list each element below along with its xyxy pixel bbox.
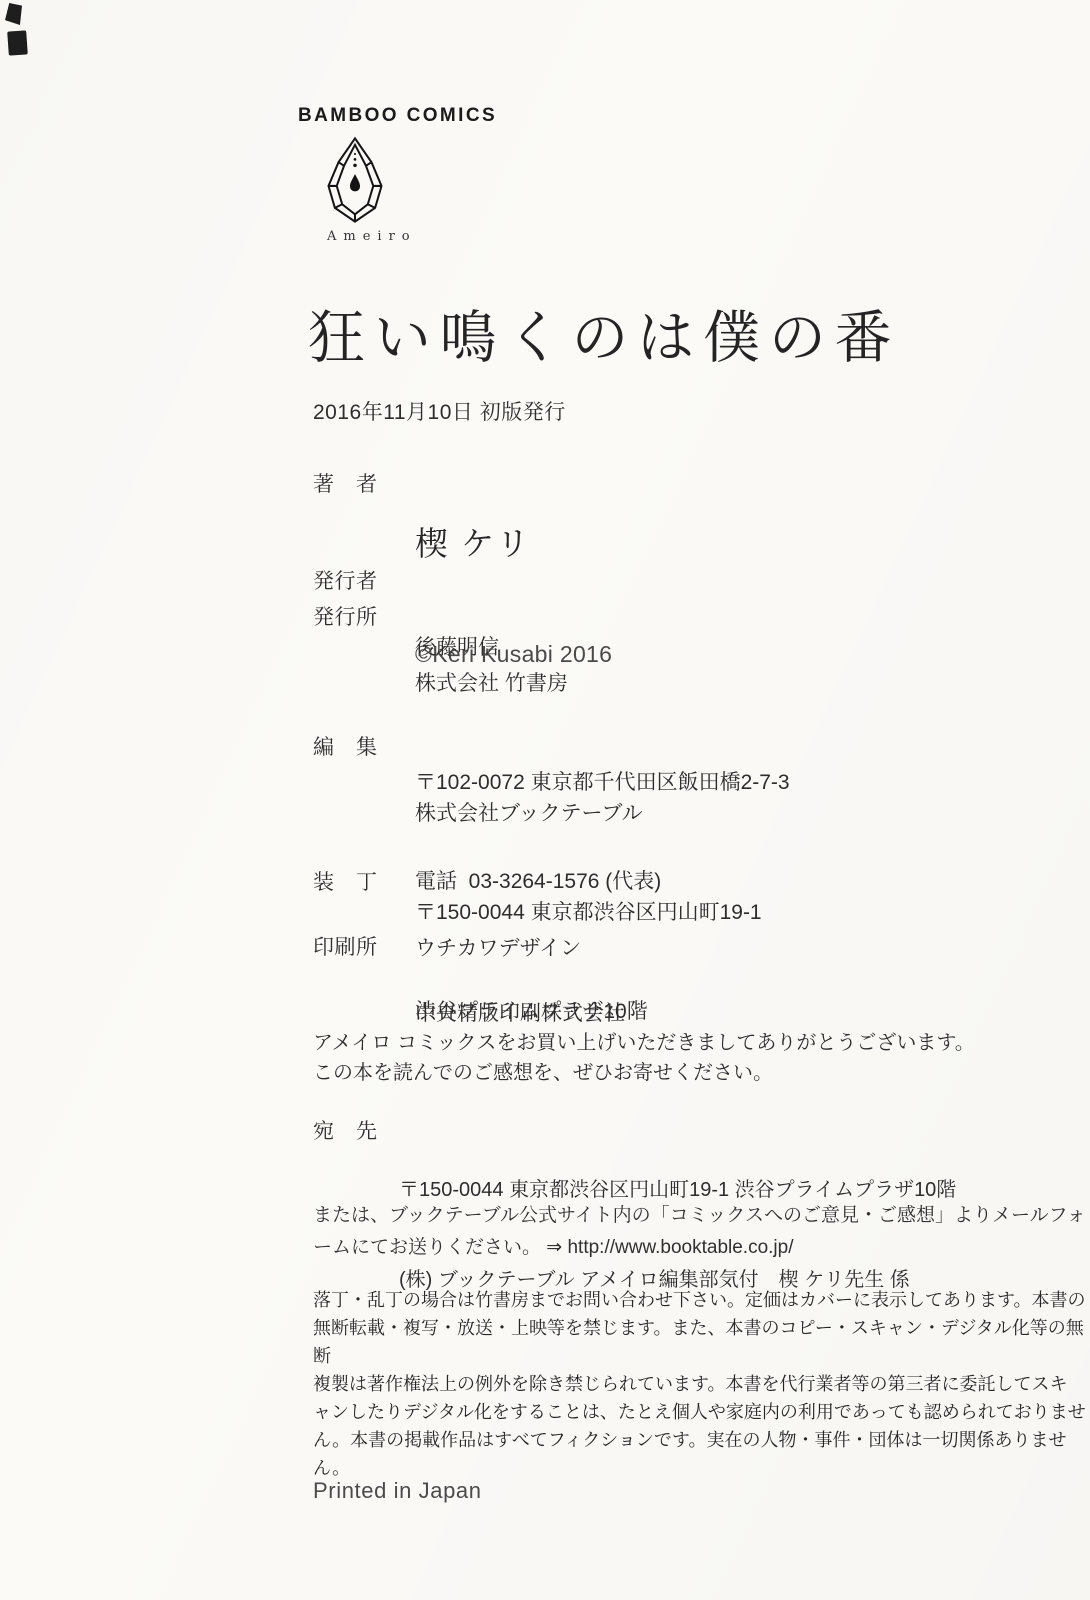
mail-form-line-1: または、ブックテーブル公式サイト内の「コミックスへのご意見・ご感想」よりメールフ… [313, 1200, 1086, 1232]
book-title: 狂い鳴くのは僕の番 [308, 292, 901, 374]
legal-line-3: 複製は著作権法上の例外を除き禁じられています。本書を代行業者等の第三者に委託して… [313, 1370, 1090, 1398]
mail-form-line-2: ームにてお送りください。 ⇒ http://www.booktable.co.j… [313, 1232, 1086, 1264]
legal-line-1: 落丁・乱丁の場合は竹書房までお問い合わせ下さい。定価はカバーに表示してあります。… [313, 1286, 1090, 1314]
ameiro-logo: Ameiro [323, 135, 387, 244]
edition-date: 2016年11月10日 初版発行 [313, 396, 566, 426]
reader-thanks-line-1: アメイロ コミックスをお買い上げいただきましてありがとうございます。 [313, 1028, 975, 1058]
gem-drop-icon [323, 135, 387, 225]
author-name: 楔 ケリ [415, 524, 612, 564]
printing-company: 中央精版印刷株式会社 [415, 997, 625, 1030]
ameiro-logo-text: Ameiro [327, 229, 387, 244]
reader-thanks-line-2: この本を読んでのご感想を、ぜひお寄せください。 [313, 1058, 975, 1088]
legal-line-2: 無断転載・複写・放送・上映等を禁じます。また、本書のコピー・スキャン・デジタル化… [313, 1314, 1090, 1370]
scan-ink-mark [5, 3, 22, 25]
scan-ink-mark [7, 30, 28, 55]
legal-line-4: ャンしたりデジタル化をすることは、たとえ個人や家庭内の利用であっても認められてお… [313, 1398, 1090, 1426]
legal-notice: 落丁・乱丁の場合は竹書房までお問い合わせ下さい。定価はカバーに表示してあります。… [313, 1286, 1090, 1482]
legal-line-5: ん。本書の掲載作品はすべてフィクションです。実在の人物・事件・団体は一切関係あり… [313, 1426, 1090, 1454]
bamboo-comics-brand: BAMBOO COMICS [298, 105, 497, 127]
reader-thanks-note: アメイロ コミックスをお買い上げいただきましてありがとうございます。 この本を読… [313, 1028, 975, 1088]
editing-company: 株式会社ブックテーブル [415, 797, 762, 830]
publisher-name: 株式会社 竹書房 [415, 667, 790, 700]
printed-in-japan: Printed in Japan [313, 1478, 482, 1504]
mail-form-note: または、ブックテーブル公式サイト内の「コミックスへのご意見・ご感想」よりメールフ… [313, 1200, 1086, 1264]
colophon-page: BAMBOO COMICS Ameiro 狂い鳴くのは僕の番 2016年11月1… [0, 0, 1090, 1600]
